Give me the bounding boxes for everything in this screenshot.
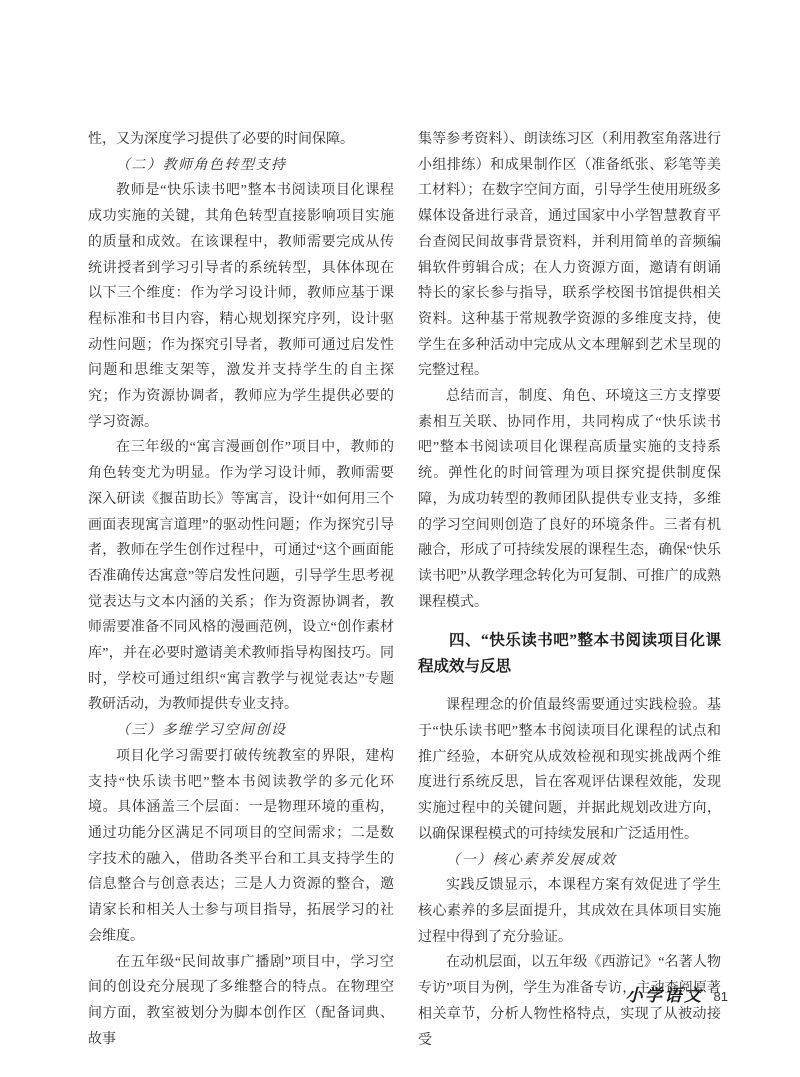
right-column: 集等参考资料）、朗读练习区（利用教室角落进行小组排练）和成果制作区（准备纸张、彩… bbox=[418, 127, 721, 1053]
paragraph: 总结而言，制度、角色、环境这三方支撑要素相互关联、协同作用，共同构成了“快乐读书… bbox=[418, 384, 721, 615]
paragraph: 教师是“快乐读书吧”整本书阅读项目化课程成功实施的关键，其角色转型直接影响项目实… bbox=[88, 178, 394, 435]
paragraph: 实践反馈显示，本课程方案有效促进了学生核心素养的多层面提升，其成效在具体项目实施… bbox=[418, 873, 721, 950]
page-number: 81 bbox=[714, 989, 728, 1004]
paragraph: 项目化学习需要打破传统教室的界限，建构支持“快乐读书吧”整本书阅读教学的多元化环… bbox=[88, 744, 394, 950]
section-heading-4: 四、“快乐读书吧”整本书阅读项目化课程成效与反思 bbox=[418, 628, 721, 680]
section-subheading-1: （一）核心素养发展成效 bbox=[418, 848, 721, 874]
section-subheading-2: （二）教师角色转型支持 bbox=[88, 153, 394, 179]
paragraph-continuation: 性，又为深度学习提供了必要的时间保障。 bbox=[88, 127, 394, 153]
journal-name: 小学语文 bbox=[626, 981, 704, 1006]
paragraph: 在五年级“民间故事广播剧”项目中，学习空间的创设充分展现了多维整合的特点。在物理… bbox=[88, 950, 394, 1053]
paragraph: 课程理念的价值最终需要通过实践检验。基于“快乐读书吧”整本书阅读项目化课程的试点… bbox=[418, 693, 721, 847]
two-column-layout: 性，又为深度学习提供了必要的时间保障。 （二）教师角色转型支持 教师是“快乐读书… bbox=[88, 127, 721, 1053]
journal-page: 性，又为深度学习提供了必要的时间保障。 （二）教师角色转型支持 教师是“快乐读书… bbox=[0, 0, 800, 1077]
paragraph-continuation: 集等参考资料）、朗读练习区（利用教室角落进行小组排练）和成果制作区（准备纸张、彩… bbox=[418, 127, 721, 384]
page-footer: 小学语文 81 bbox=[626, 981, 728, 1006]
left-column: 性，又为深度学习提供了必要的时间保障。 （二）教师角色转型支持 教师是“快乐读书… bbox=[88, 127, 394, 1053]
paragraph: 在三年级的“寓言漫画创作”项目中，教师的角色转变尤为明显。作为学习设计师，教师需… bbox=[88, 435, 394, 718]
section-subheading-3: （三）多维学习空间创设 bbox=[88, 718, 394, 744]
